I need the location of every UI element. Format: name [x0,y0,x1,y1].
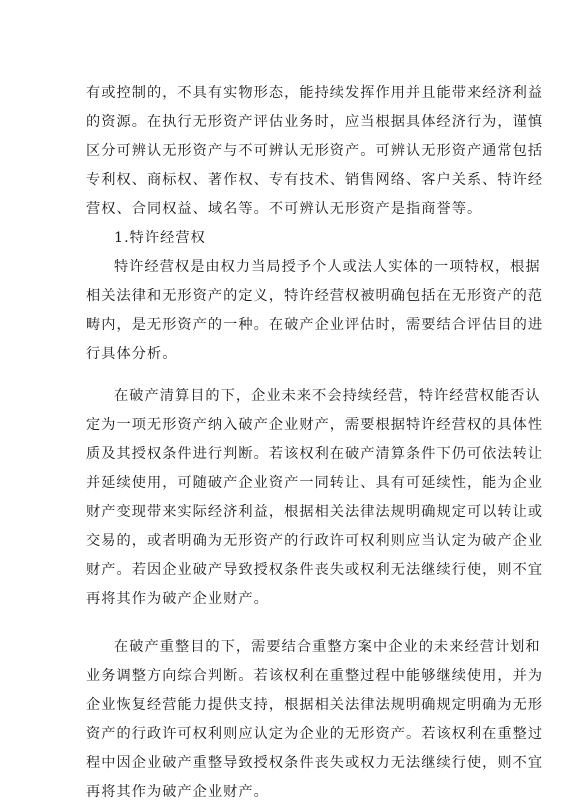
text-line: 畴内，是无形资产的一种。在破产企业评估时，需要结合评估目的进 [86,311,480,340]
text-line: 再将其作为破产企业财产。 [86,585,480,614]
text-line: 交易的，或者明确为无形资产的行政许可权利则应当认定为破产企业 [86,527,480,556]
text-line: 再将其作为破产企业财产。 [86,778,480,800]
text-line: 行具体分析。 [86,340,480,369]
text-line: 企业恢复经营能力提供支持，根据相关法律法规明确规定明确为无形 [86,691,480,720]
text-line: 程中因企业破产重整导致授权条件丧失或权力无法继续行使，则不宜 [86,749,480,778]
paragraph-intro: 有或控制的，不具有实物形态，能持续发挥作用并且能带来经济利益 的资源。在执行无形… [86,79,480,224]
text-line: 在破产重整目的下，需要结合重整方案中企业的未来经营计划和 [86,633,480,662]
text-line: 在破产清算目的下，企业未来不会持续经营，特许经营权能否认 [86,382,480,411]
section-heading: 1.特许经营权 [86,224,480,253]
text-line: 资产的行政许可权利则应认定为企业的无形资产。若该权利在重整过 [86,720,480,749]
heading-text: 1.特许经营权 [86,224,480,253]
paragraph-definition: 特许经营权是由权力当局授予个人或法人实体的一项特权，根据 相关法律和无形资产的定… [86,253,480,369]
text-line: 特许经营权是由权力当局授予个人或法人实体的一项特权，根据 [86,253,480,282]
text-line: 定为一项无形资产纳入破产企业财产，需要根据特许经营权的具体性 [86,411,480,440]
text-line: 质及其授权条件进行判断。若该权利在破产清算条件下仍可依法转让 [86,440,480,469]
text-line: 财产变现带来实际经济利益，根据相关法律法规明确规定可以转让或 [86,498,480,527]
paragraph-spacer [86,614,480,633]
text-line: 区分可辨认无形资产与不可辨认无形资产。可辨认无形资产通常包括 [86,137,480,166]
paragraph-liquidation: 在破产清算目的下，企业未来不会持续经营，特许经营权能否认 定为一项无形资产纳入破… [86,382,480,614]
text-line: 营权、合同权益、域名等。不可辨认无形资产是指商誉等。 [86,195,480,224]
document-page: 有或控制的，不具有实物形态，能持续发挥作用并且能带来经济利益 的资源。在执行无形… [86,79,480,800]
text-line: 有或控制的，不具有实物形态，能持续发挥作用并且能带来经济利益 [86,79,480,108]
text-line: 财产。若因企业破产导致授权条件丧失或权利无法继续行使，则不宜 [86,556,480,585]
text-line: 业务调整方向综合判断。若该权利在重整过程中能够继续使用，并为 [86,662,480,691]
text-line: 专利权、商标权、著作权、专有技术、销售网络、客户关系、特许经 [86,166,480,195]
text-line: 并延续使用，可随破产企业资产一同转让、具有可延续性，能为企业 [86,469,480,498]
paragraph-reorganization: 在破产重整目的下，需要结合重整方案中企业的未来经营计划和 业务调整方向综合判断。… [86,633,480,800]
paragraph-spacer [86,369,480,382]
text-line: 的资源。在执行无形资产评估业务时，应当根据具体经济行为，谨慎 [86,108,480,137]
text-line: 相关法律和无形资产的定义，特许经营权被明确包括在无形资产的范 [86,282,480,311]
